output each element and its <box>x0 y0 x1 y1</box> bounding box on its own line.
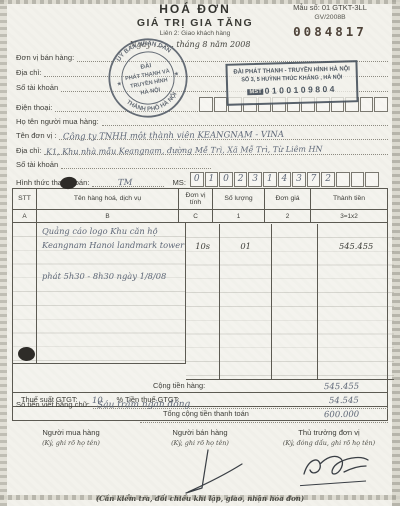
items-table: STT Tên hàng hoá, dịch vụ Đơn vị tính Số… <box>12 188 388 421</box>
cell-quantity: 01 <box>220 224 272 380</box>
col-header-quantity: Số lượng <box>213 189 265 210</box>
amount-words-rule2 <box>140 413 388 423</box>
seller-address-label: Địa chỉ: <box>16 68 44 77</box>
border-left <box>0 0 7 506</box>
cell-stt <box>13 223 37 364</box>
buyer-name-row: Họ tên người mua hàng: <box>16 116 388 126</box>
col-header-description: Tên hàng hoá, dịch vụ <box>37 189 179 210</box>
ms-digit: 2 <box>234 172 248 187</box>
payment-label: Hình thức thanh toán: <box>16 178 92 187</box>
ms-digit <box>365 172 379 187</box>
buyer-unit-row: Tên đơn vị : Công ty TNHH một thành viên… <box>16 130 388 140</box>
rule <box>61 159 211 169</box>
official-round-stamp: UỶ BAN NHÂN DÂN THÀNH PHỐ HÀ NỘI ★ ★ ĐÀI… <box>97 29 198 127</box>
col-header-stt: STT <box>13 189 37 210</box>
ms-digit <box>351 172 365 187</box>
col-header-unit: Đơn vị tính <box>179 189 213 210</box>
ms-digit: 3 <box>292 172 306 187</box>
seller-account-label: Số tài khoản <box>16 83 61 92</box>
seller-signature-block: Người bán hàng (Ký, ghi rõ họ tên) <box>140 428 260 447</box>
table-header-row: STT Tên hàng hoá, dịch vụ Đơn vị tính Số… <box>13 189 387 210</box>
buyer-account-row: Số tài khoản <box>16 159 388 169</box>
buyer-signature-block: Người mua hàng (Ký, ghi rõ họ tên) <box>16 428 126 447</box>
footer-note: (Cần kiểm tra, đối chiếu khi lập, giao, … <box>0 494 400 503</box>
buyer-unit-value: Công ty TNHH một thành viên KEANGNAM - V… <box>63 130 284 140</box>
rule: TM <box>92 177 164 187</box>
seller-sig-note: (Ký, ghi rõ họ tên) <box>140 439 260 447</box>
seller-phone-label: Điện thoại: <box>16 103 55 112</box>
buyer-address-row: Địa chỉ: K1, Khu nhà mẫu Keangnam, đường… <box>16 145 388 155</box>
subheader-a: A <box>13 210 37 223</box>
director-signature-scribble <box>300 450 372 490</box>
ms-digit: 7 <box>307 172 321 187</box>
invoice-scan: HOÁ ĐƠN GIÁ TRỊ GIA TĂNG Liên 2: Giao kh… <box>0 0 400 506</box>
payment-value: TM <box>118 178 132 186</box>
ms-digit: 0 <box>190 172 204 187</box>
buyer-name-label: Họ tên người mua hàng: <box>16 117 102 126</box>
ms-digit: 3 <box>248 172 262 187</box>
seller-address-stamp: ĐÀI PHÁT THANH - TRUYỀN HÌNH HÀ NỘI SỐ 3… <box>225 60 358 106</box>
rule: Sáu trăm ngàn đồng <box>93 399 388 409</box>
col-header-amount: Thành tiền <box>311 189 387 210</box>
buyer-account-label: Số tài khoản <box>16 160 61 169</box>
buyer-tax-code-boxes: 0 1 0 2 3 1 4 3 7 2 <box>189 172 379 187</box>
stamp-line2: SỐ 3, 5 HUỲNH THÚC KHÁNG , HÀ NỘI <box>232 74 352 83</box>
amount-words-row: Số tiền viết bằng chữ: Sáu trăm ngàn đồn… <box>16 399 388 409</box>
subheader-2: 2 <box>265 210 311 223</box>
buyer-address-value: K1, Khu nhà mẫu Keangnam, đường Mễ Trì, … <box>46 145 323 156</box>
subheader-1: 1 <box>213 210 265 223</box>
director-signature-block: Thủ trưởng đơn vị (Ký, đóng dấu, ghi rõ … <box>268 428 390 447</box>
seller-unit-label: Đơn vị bán hàng: <box>16 53 77 62</box>
buyer-unit-label: Tên đơn vị : <box>16 131 59 140</box>
ms-digit: 2 <box>321 172 335 187</box>
rule <box>140 413 388 423</box>
cell-amount: 545.455 <box>318 224 394 380</box>
buyer-address-label: Địa chỉ: <box>16 146 44 155</box>
series: GV/2008B <box>266 14 394 21</box>
director-sig-note: (Ký, đóng dấu, ghi rõ họ tên) <box>268 439 390 447</box>
rule: K1, Khu nhà mẫu Keangnam, đường Mễ Trì, … <box>44 145 388 155</box>
director-sig-title: Thủ trưởng đơn vị <box>268 428 390 437</box>
subheader-c: C <box>179 210 213 223</box>
subheader-b: B <box>37 210 179 223</box>
ms-digit <box>336 172 350 187</box>
subheader-3: 3=1x2 <box>311 210 387 223</box>
subtotal-label: Cộng tiền hàng: <box>153 381 205 390</box>
table-body-row: Quảng cáo logo Khu căn hộ Keangnam Hanoi… <box>13 223 387 379</box>
rule: Công ty TNHH một thành viên KEANGNAM - V… <box>59 130 388 140</box>
item-time-note: phát 5h30 - 8h30 ngày 1/8/08 <box>42 270 166 284</box>
ms-digit: 1 <box>205 172 219 187</box>
subtotal-row: Cộng tiền hàng: 545.455 <box>13 379 387 393</box>
seller-sig-title: Người bán hàng <box>140 428 260 437</box>
subtotal-value: 545.455 <box>324 381 359 391</box>
buyer-sig-title: Người mua hàng <box>16 428 126 437</box>
ms-digit: 4 <box>278 172 292 187</box>
ms-digit: 1 <box>263 172 277 187</box>
mst-value: 0100109804 <box>265 84 338 96</box>
buyer-ms-label: MS: <box>164 178 189 187</box>
amount-words-label: Số tiền viết bằng chữ: <box>16 400 93 409</box>
item-desc-line1: Quảng cáo logo Khu căn hộ <box>42 225 158 239</box>
cell-unit: 10s <box>186 224 220 380</box>
seller-signature-scribble <box>178 448 248 494</box>
mst-tag: MST <box>247 89 263 95</box>
rule <box>102 116 388 126</box>
col-header-price: Đơn giá <box>265 189 311 210</box>
ms-digit: 0 <box>219 172 233 187</box>
table-subheader-row: A B C 1 2 3=1x2 <box>13 210 387 223</box>
form-info: Mẫu số: 01 GTKT-3LL GV/2008B 0084817 <box>266 3 394 39</box>
amount-words-value: Sáu trăm ngàn đồng <box>97 400 190 409</box>
form-number: Mẫu số: 01 GTKT-3LL <box>266 3 394 12</box>
buyer-sig-note: (Ký, ghi rõ họ tên) <box>16 439 126 447</box>
item-desc-line2: Keangnam Hanoi landmark tower <box>42 239 184 253</box>
cell-description: Quảng cáo logo Khu căn hộ Keangnam Hanoi… <box>37 223 186 364</box>
invoice-number: 0084817 <box>266 24 394 39</box>
cell-price <box>272 224 318 380</box>
stamp-tax-code: MST0100109804 <box>228 83 356 97</box>
